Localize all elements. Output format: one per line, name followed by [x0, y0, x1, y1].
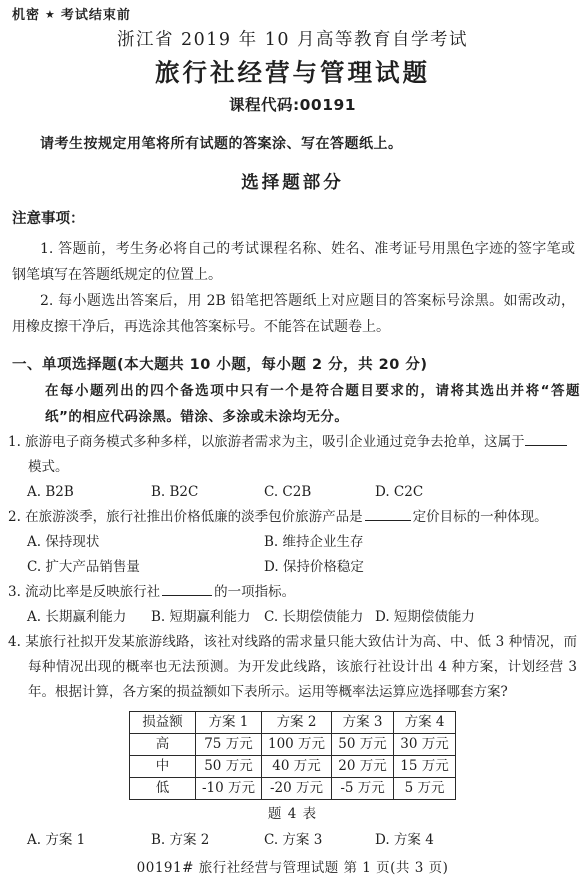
option-d: D. 方案 4: [375, 828, 434, 853]
cell: 20 万元: [332, 756, 394, 778]
option-a: A. B2B: [27, 480, 151, 505]
question-1-text: 1. 旅游电子商务模式多种多样，以旅游者需求为主，吸引企业通过竞争去抢单，这属于: [8, 434, 525, 450]
section-one-heading: 一、单项选择题(本大题共 10 小题，每小题 2 分，共 20 分): [8, 352, 577, 378]
table-row-high: 高 75 万元 100 万元 50 万元 30 万元: [129, 734, 455, 756]
option-b: B. 方案 2: [151, 828, 264, 853]
classification-line: 机密★考试结束前: [8, 8, 577, 24]
option-a: A. 保持现状: [27, 530, 264, 555]
question-3: 3. 流动比率是反映旅行社的一项指标。: [8, 580, 577, 605]
header-cell: 方案 2: [261, 712, 331, 734]
cell: 100 万元: [261, 734, 331, 756]
cell: 50 万元: [332, 734, 394, 756]
page-footer: 00191# 旅行社经营与管理试题 第 1 页(共 3 页): [8, 857, 577, 879]
row-label: 中: [129, 756, 195, 778]
cell: 50 万元: [195, 756, 261, 778]
answer-blank: [365, 508, 411, 521]
option-c: C. 长期偿债能力: [264, 605, 375, 630]
answer-sheet-instruction: 请考生按规定用笔将所有试题的答案涂、写在答题纸上。: [8, 132, 577, 156]
cell: -20 万元: [261, 778, 331, 800]
question-3-stem: 3. 流动比率是反映旅行社的一项指标。: [8, 580, 577, 605]
option-b: B. 短期赢利能力: [151, 605, 264, 630]
exam-paper-page: 机密★考试结束前 浙江省 2019 年 10 月高等教育自学考试 旅行社经营与管…: [0, 0, 585, 879]
header-cell: 方案 4: [394, 712, 456, 734]
cell: 30 万元: [394, 734, 456, 756]
classification-label: 机密: [12, 8, 40, 23]
cell: -5 万元: [332, 778, 394, 800]
header-cell: 损益额: [129, 712, 195, 734]
cell: 5 万元: [394, 778, 456, 800]
question-2: 2. 在旅游淡季，旅行社推出价格低廉的淡季包价旅游产品是定价目标的一种体现。: [8, 505, 577, 530]
star-icon: ★: [40, 8, 61, 21]
notes-title: 注意事项：: [8, 208, 577, 230]
cell: 15 万元: [394, 756, 456, 778]
header-cell: 方案 1: [195, 712, 261, 734]
table-row-mid: 中 50 万元 40 万元 20 万元 15 万元: [129, 756, 455, 778]
section-title: 选择题部分: [8, 170, 577, 196]
option-a: A. 长期赢利能力: [27, 605, 151, 630]
table-caption: 题 4 表: [8, 804, 577, 824]
question-3-options: A. 长期赢利能力 B. 短期赢利能力 C. 长期偿债能力 D. 短期偿债能力: [27, 605, 577, 630]
note-item-1: 1. 答题前，考生务必将自己的考试课程名称、姓名、准考证号用黑色字迹的签字笔或钢…: [8, 236, 577, 288]
option-c: C. 扩大产品销售量: [27, 555, 264, 580]
question-4-stem: 4. 某旅行社拟开发某旅游线路，该社对线路的需求量只能大致估计为高、中、低 3 …: [8, 630, 577, 705]
payoff-table: 损益额 方案 1 方案 2 方案 3 方案 4 高 75 万元 100 万元 5…: [129, 711, 456, 800]
answer-blank: [525, 433, 567, 446]
option-c: C. 方案 3: [264, 828, 375, 853]
header-cell: 方案 3: [332, 712, 394, 734]
option-d: D. 短期偿债能力: [375, 605, 475, 630]
question-2-options-row-1: A. 保持现状 B. 维持企业生存: [27, 530, 577, 555]
question-2-options-row-2: C. 扩大产品销售量 D. 保持价格稳定: [27, 555, 577, 580]
option-b: B. 维持企业生存: [264, 530, 364, 555]
cell: 75 万元: [195, 734, 261, 756]
section-one-instruction: 在每小题列出的四个备选项中只有一个是符合题目要求的，请将其选出并将“答题纸”的相…: [45, 378, 580, 430]
course-code: 课程代码:00191: [8, 94, 577, 116]
cell: 40 万元: [261, 756, 331, 778]
option-d: D. 保持价格稳定: [264, 555, 364, 580]
exam-title: 浙江省 2019 年 10 月高等教育自学考试: [8, 28, 577, 52]
note-item-2: 2. 每小题选出答案后，用 2B 铅笔把答题纸上对应题目的答案标号涂黑。如需改动…: [8, 288, 577, 340]
question-2-stem: 2. 在旅游淡季，旅行社推出价格低廉的淡季包价旅游产品是定价目标的一种体现。: [8, 505, 577, 530]
question-1-stem-continued: 模式。: [8, 455, 577, 480]
table-row-low: 低 -10 万元 -20 万元 -5 万元 5 万元: [129, 778, 455, 800]
question-4-options: A. 方案 1 B. 方案 2 C. 方案 3 D. 方案 4: [27, 828, 577, 853]
option-b: B. B2C: [151, 480, 264, 505]
option-d: D. C2C: [375, 480, 423, 505]
option-c: C. C2B: [264, 480, 375, 505]
row-label: 低: [129, 778, 195, 800]
question-1: 1. 旅游电子商务模式多种多样，以旅游者需求为主，吸引企业通过竞争去抢单，这属于…: [8, 430, 577, 480]
question-1-stem: 1. 旅游电子商务模式多种多样，以旅游者需求为主，吸引企业通过竞争去抢单，这属于: [8, 430, 577, 455]
paper-title: 旅行社经营与管理试题: [8, 56, 577, 90]
answer-blank: [162, 583, 212, 596]
question-1-options: A. B2B B. B2C C. C2B D. C2C: [27, 480, 577, 505]
cell: -10 万元: [195, 778, 261, 800]
table-header-row: 损益额 方案 1 方案 2 方案 3 方案 4: [129, 712, 455, 734]
option-a: A. 方案 1: [27, 828, 151, 853]
row-label: 高: [129, 734, 195, 756]
exam-period-label: 考试结束前: [61, 8, 131, 23]
